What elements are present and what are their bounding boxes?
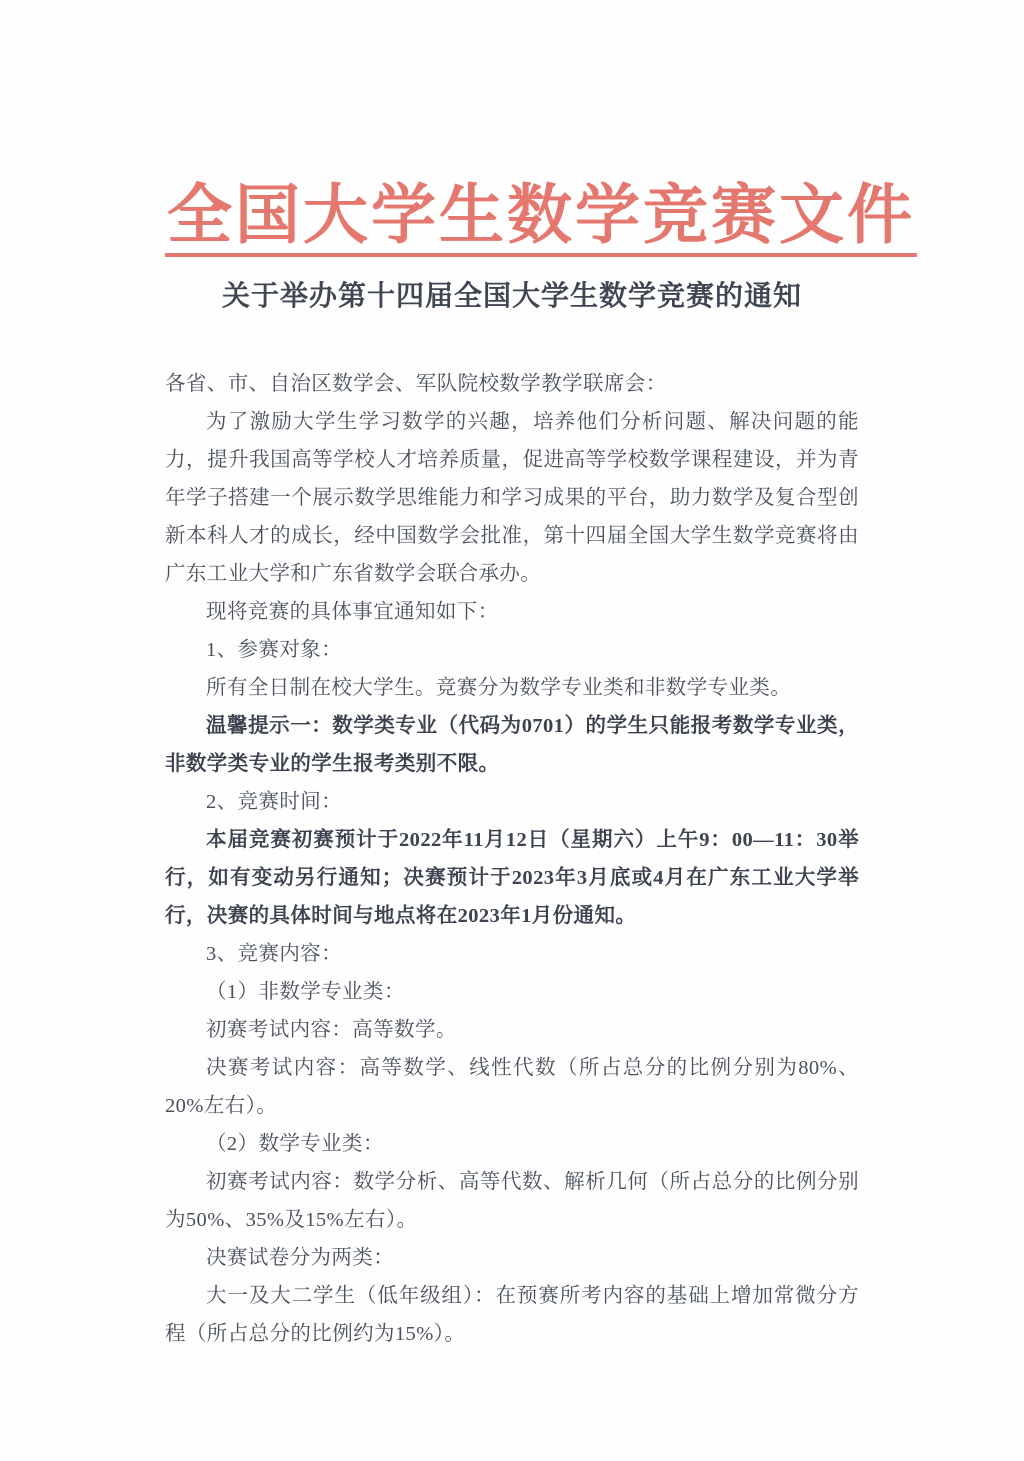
- section-2-heading: 2、竞赛时间：: [165, 783, 859, 821]
- document-title: 全国大学生数学竞赛文件: [165, 182, 917, 257]
- schedule-text: 本届竞赛初赛预计于2022年11月12日（星期六）上午9：00—11：30举行，…: [165, 821, 859, 935]
- non-math-final-content: 决赛考试内容：高等数学、线性代数（所占总分的比例分别为80%、20%左右）。: [165, 1049, 859, 1125]
- notice-lead: 现将竞赛的具体事宜通知如下：: [165, 593, 859, 631]
- final-paper-types: 决赛试卷分为两类：: [165, 1239, 859, 1277]
- intro-paragraph: 为了激励大学生学习数学的兴趣，培养他们分析问题、解决问题的能力，提升我国高等学校…: [165, 403, 859, 593]
- math-category-heading: （2）数学专业类：: [165, 1125, 859, 1163]
- section-1-heading: 1、参赛对象：: [165, 631, 859, 669]
- document-body: 各省、市、自治区数学会、军队院校数学教学联席会： 为了激励大学生学习数学的兴趣，…: [165, 365, 859, 1353]
- math-preliminary-content: 初赛考试内容：数学分析、高等代数、解析几何（所占总分的比例分别为50%、35%及…: [165, 1163, 859, 1239]
- non-math-category-heading: （1）非数学专业类：: [165, 973, 859, 1011]
- tip-one-text: 温馨提示一：数学类专业（代码为0701）的学生只能报考数学专业类，非数学类专业的…: [165, 707, 859, 783]
- document-page: 全国大学生数学竞赛文件 关于举办第十四届全国大学生数学竞赛的通知 各省、市、自治…: [0, 0, 1024, 1461]
- participants-text: 所有全日制在校大学生。竞赛分为数学专业类和非数学专业类。: [165, 669, 859, 707]
- document-content: 全国大学生数学竞赛文件 关于举办第十四届全国大学生数学竞赛的通知 各省、市、自治…: [165, 182, 859, 1353]
- section-3-heading: 3、竞赛内容：: [165, 935, 859, 973]
- lower-grade-group-content: 大一及大二学生（低年级组）：在预赛所考内容的基础上增加常微分方程（所占总分的比例…: [165, 1277, 859, 1353]
- document-title-row: 全国大学生数学竞赛文件: [165, 182, 859, 257]
- notice-subtitle: 关于举办第十四届全国大学生数学竞赛的通知: [165, 281, 859, 313]
- non-math-preliminary-content: 初赛考试内容：高等数学。: [165, 1011, 859, 1049]
- salutation: 各省、市、自治区数学会、军队院校数学教学联席会：: [165, 365, 859, 403]
